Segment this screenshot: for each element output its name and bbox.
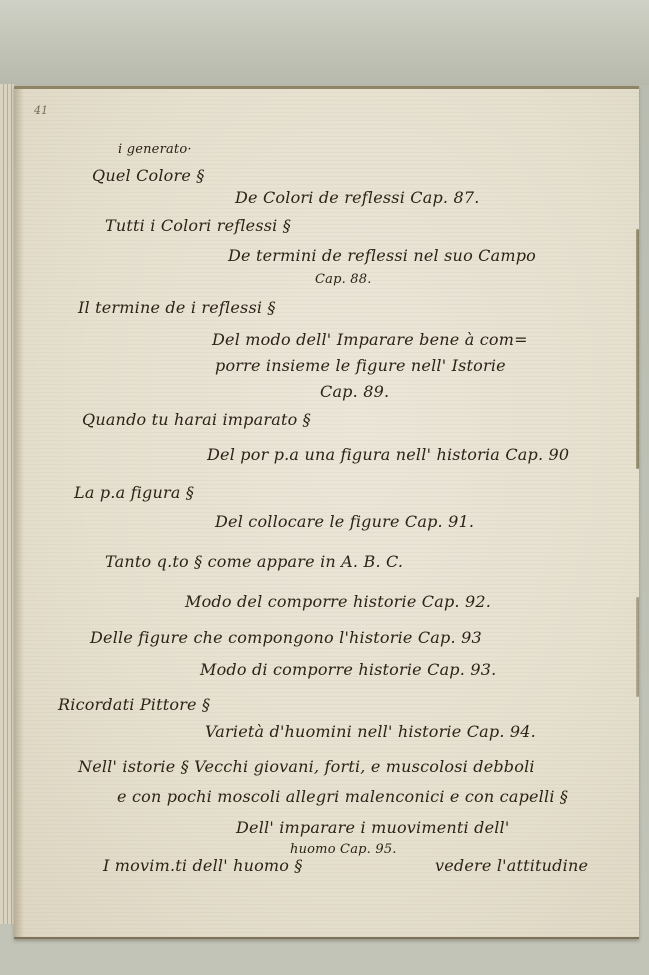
scan-backdrop (0, 0, 649, 85)
manuscript-line: La p.a figura § (74, 483, 194, 502)
manuscript-line: Quando tu harai imparato § (82, 410, 311, 429)
manuscript-line: Del por p.a una figura nell' historia Ca… (207, 445, 569, 464)
manuscript-line: Quel Colore § (92, 166, 205, 185)
manuscript-line: huomo Cap. 95. (290, 842, 397, 857)
spine-shadow (14, 89, 24, 937)
manuscript-line: De Colori de reflessi Cap. 87. (235, 188, 480, 207)
folio-number: 41 (34, 104, 48, 117)
manuscript-line: Tutti i Colori reflessi § (105, 216, 291, 235)
manuscript-line: Modo del comporre historie Cap. 92. (185, 592, 491, 611)
manuscript-line: Dell' imparare i muovimenti dell' (236, 818, 509, 837)
manuscript-line: Del collocare le figure Cap. 91. (215, 512, 474, 531)
page-fold-mark (636, 597, 639, 697)
manuscript-line: Delle figure che compongono l'historie C… (90, 628, 482, 647)
manuscript-line: Il termine de i reflessi § (78, 298, 276, 317)
manuscript-line: Tanto q.to § come appare in A. B. C. (105, 552, 403, 571)
manuscript-line: Modo di comporre historie Cap. 93. (200, 660, 496, 679)
manuscript-line: vedere l'attitudine (435, 856, 588, 875)
manuscript-line: Cap. 89. (320, 382, 389, 401)
manuscript-line: Nell' istorie § Vecchi giovani, forti, e… (78, 757, 535, 776)
manuscript-line: e con pochi moscoli allegri malenconici … (117, 787, 568, 806)
manuscript-line: i generato· (118, 142, 192, 157)
manuscript-line: porre insieme le figure nell' Istorie (215, 356, 506, 375)
manuscript-line: Varietà d'huomini nell' historie Cap. 94… (205, 722, 536, 741)
page-edges (0, 84, 14, 924)
manuscript-line: I movim.ti dell' huomo § (103, 856, 303, 875)
manuscript-line: Del modo dell' Imparare bene à com= (212, 330, 528, 349)
page-fold-mark (636, 229, 639, 469)
manuscript-line: De termini de reflessi nel suo Campo (228, 246, 536, 265)
manuscript-line: Cap. 88. (315, 272, 372, 287)
manuscript-line: Ricordati Pittore § (58, 695, 210, 714)
